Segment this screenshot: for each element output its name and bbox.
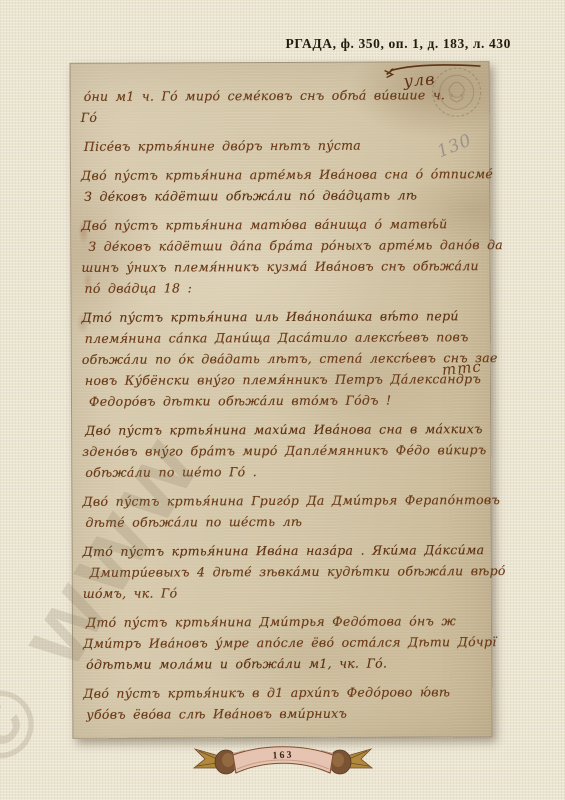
manuscript-line: о́ни м1 ч. Го́ миро́ семе́ковъ снъ обѣа́…: [84, 84, 484, 107]
manuscript-line: Дво́ пу́стъ кртья́никъ в д1 архи́пъ Федо…: [83, 681, 483, 704]
document-scan: РГАДА, ф. 350, оп. 1, д. 183, л. 430 улв…: [0, 0, 565, 800]
manuscript-line: Дмитри́евыхъ 4 дѣте́ зѣвка́ми кудѣ́тки о…: [90, 560, 490, 583]
manuscript-line: убо́въ ёво́ва слѣ Ива́новъ вми́рнихъ: [86, 702, 486, 725]
manuscript-line: племя́нина са́пка Дани́ща Даса́тило алек…: [85, 326, 485, 349]
manuscript-line: Дто́ пу́стъ кртья́нина Ива́на наза́ра . …: [83, 539, 483, 562]
manuscript-line: Дво́ пу́стъ кртья́нина арте́мья Ива́нова…: [81, 163, 481, 186]
manuscript-line: Дто́ пу́стъ кртья́нина Дми́трья Федо́тов…: [86, 610, 486, 633]
manuscript-line: по́ два́дца 18 :: [84, 276, 484, 299]
manuscript-line: обѣжа́ли по о́к два́дать лѣтъ, степа́ ле…: [82, 347, 482, 370]
archive-reference: РГАДА, ф. 350, оп. 1, д. 183, л. 430: [285, 36, 511, 52]
manuscript-line: о́дѣтьми мола́ми и обѣжа́ли м1, чк. Го́.: [86, 652, 486, 675]
manuscript-line: Федоро́въ дѣтки обѣжа́ли вто́мъ Го́дъ !: [89, 389, 489, 412]
manuscript-line: Дво́ пу́стъ кртья́нина матю́ва ва́нища о…: [81, 213, 481, 236]
manuscript-line: Пісе́въ кртья́нине дво́ръ нѣтъ пу́ста: [84, 134, 484, 157]
manuscript-line: здено́въ вну́го бра́тъ миро́ Дапле́мянни…: [82, 439, 482, 462]
manuscript-line: З де́ковъ ка́дётши да́па бра́та ро́ныхъ …: [88, 234, 488, 257]
manuscript-page: улв 130 ттс о́ни м1 ч. Го́ миро́ семе́ко…: [70, 61, 493, 739]
manuscript-line: шо́мъ, чк. Го́: [83, 581, 483, 604]
manuscript-line: новъ Ку́бёнски вну́го племя́нникъ Петръ …: [85, 368, 485, 391]
manuscript-line: Дво́ пу́стъ кртья́нина махи́ма Ива́нова …: [85, 418, 485, 441]
manuscript-line: дѣте́ обѣжа́ли по ше́сть лѣ: [85, 510, 485, 533]
manuscript-line: Дто́ пу́стъ кртья́нина иль Ива́нопа́шка …: [82, 305, 482, 328]
manuscript-line: Дми́тръ Ива́новъ у́мре апо́сле ёво́ оста…: [83, 631, 483, 654]
manuscript-line: Го́: [81, 105, 481, 128]
footer-ribbon: 163: [193, 741, 373, 787]
manuscript-line: обѣжа́ли по ше́то Го́ .: [85, 460, 485, 483]
manuscript-line: Дво́ пу́стъ кртья́нина Григо́р Да Дми́тр…: [82, 489, 482, 512]
manuscript-line: шинъ у́нихъ племя́нникъ кузма́ Ива́новъ …: [81, 255, 481, 278]
manuscript-text: о́ни м1 ч. Го́ миро́ семе́ковъ снъ обѣа́…: [81, 84, 484, 725]
manuscript-line: З де́ковъ ка́дётши обѣжа́ли по́ два́дцат…: [84, 184, 484, 207]
